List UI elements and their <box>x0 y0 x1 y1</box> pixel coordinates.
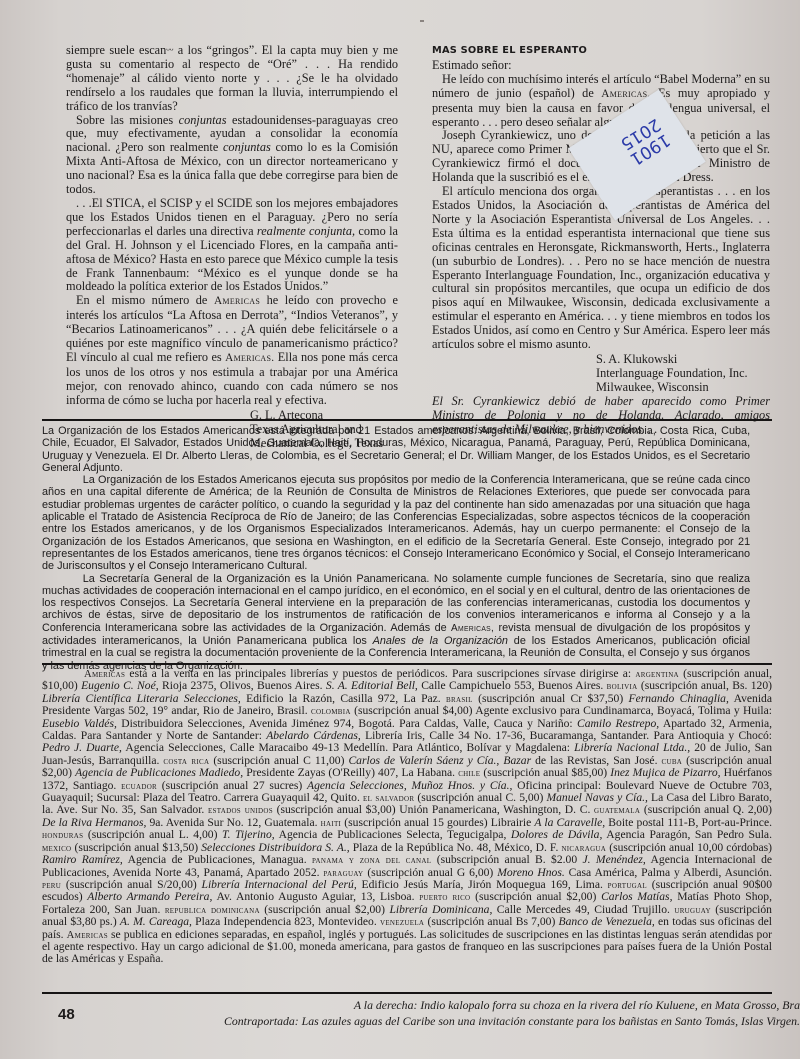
small-caps-text: bolivia <box>607 680 638 692</box>
paragraph: La Secretaría General de la Organización… <box>42 573 750 672</box>
paragraph: El artículo menciona dos organizaciones … <box>432 185 770 352</box>
text-run: (suscripción anual $4,00) Agente exclusi… <box>351 704 772 717</box>
italic-text: Eusebio Valdés, <box>42 717 117 730</box>
small-caps-text: estados unidos <box>208 804 273 816</box>
italic-text: S. A. Editorial Bell, <box>326 679 418 692</box>
caption-right-photo: A la derecha: Indio kalopalo forra su ch… <box>100 997 800 1013</box>
text-run: Plaza Independencia 823, Montevideo. <box>192 915 380 928</box>
small-caps-text: paraguay <box>323 867 363 879</box>
italic-text: Librería Internacional del Perú, <box>202 878 357 891</box>
italic-text: Carlos de Valerín Sáenz y Cía., <box>348 754 499 767</box>
text-run: (suscripción anual Q. 2,00) <box>640 803 772 816</box>
agents-paragraph: Americas está a la venta en las principa… <box>42 668 772 966</box>
paragraph: En el mismo número de Americas he leído … <box>66 294 398 407</box>
text-run: 9a. Avenida Sur No. 12, Guatemala. <box>146 816 320 829</box>
oas-info-box: La Organización de los Estados Americano… <box>42 425 750 672</box>
italic-text: Eugenio C. Noé, <box>81 679 159 692</box>
paragraph: Sobre las misiones conjuntas estadounide… <box>66 114 398 197</box>
divider-rule <box>42 419 772 421</box>
italic-text: realmente conjunta, <box>257 224 355 238</box>
italic-text: De la Riva Hermanos, <box>42 816 146 829</box>
paragraph: siempre suele escanᵕᵕ a los “gringos”. E… <box>66 44 398 114</box>
italic-text: Selecciones Distribuidora S. A., <box>201 841 349 854</box>
signature-location: Milwaukee, Wisconsin <box>596 380 770 394</box>
small-caps-text: ecuador <box>121 780 157 792</box>
italic-text: Camilo Restrepo, <box>577 717 659 730</box>
text-run: (suscripción anual C. 5,00) <box>414 791 546 804</box>
print-mark <box>420 20 424 22</box>
small-caps-text: Americas <box>84 668 125 680</box>
text-run: está a la venta en las principales libre… <box>125 667 635 680</box>
italic-text: T. Tijerino, <box>222 828 275 841</box>
italic-text: Librería Dominicana, <box>389 903 492 916</box>
small-caps-text: haiti <box>321 817 342 829</box>
small-caps-text: chile <box>458 767 480 779</box>
small-caps-text: panama y zona del canal <box>312 854 431 866</box>
text-run: de las Revistas, San José. <box>531 754 661 767</box>
letter-artecona: siempre suele escanᵕᵕ a los “gringos”. E… <box>66 44 398 450</box>
text-run: En el mismo número de <box>76 293 214 307</box>
italic-text: Pedro J. Duarte, <box>42 741 122 754</box>
italic-text: Moreno Hnos. <box>497 866 565 879</box>
photo-captions: A la derecha: Indio kalopalo forra su ch… <box>100 997 800 1029</box>
italic-text: Abelardo Cárdenas, <box>266 729 361 742</box>
text-run: Agencia Selecciones, Calle Maracaibo 49-… <box>122 741 574 754</box>
paragraph: He leído con muchísimo interés el artícu… <box>432 73 770 130</box>
small-caps-text: Americas, <box>451 623 494 634</box>
letter-body: siempre suele escanᵕᵕ a los “gringos”. E… <box>66 44 398 408</box>
small-caps-text: honduras <box>42 829 83 841</box>
text-run: (suscripción anual 15 gourdes) Librairie <box>341 816 534 829</box>
text-run: Rioja 2375, Olivos, Buenos Aires. <box>159 679 326 692</box>
text-run: Casa América, Palma y Alberdi, Asunción. <box>565 866 772 879</box>
italic-text: Agencia de Publicaciones Madiedo, <box>75 766 243 779</box>
text-run: El artículo menciona dos organizaciones … <box>432 184 770 351</box>
italic-text: A. M. Careaga, <box>120 915 192 928</box>
text-run: (suscripción anual 27 sucres) <box>157 779 307 792</box>
small-caps-text: Americas. <box>225 352 274 364</box>
small-caps-text: brasil <box>446 693 473 705</box>
small-caps-text: mexico <box>42 842 71 854</box>
text-run: siempre suele escan <box>66 43 166 57</box>
text-run: (suscripción anual C 11,00) <box>209 754 348 767</box>
text-run: se publica en ediciones separadas, en es… <box>42 928 772 966</box>
text-run: (suscripción anual $3,00) Unión Panameri… <box>273 803 594 816</box>
small-caps-text: puerto rico <box>419 891 470 903</box>
divider-rule <box>42 992 772 994</box>
small-caps-text: cuba <box>662 755 683 767</box>
divider-rule <box>42 663 772 665</box>
salutation: Estimado señor: <box>432 59 770 73</box>
small-caps-text: colombia <box>311 705 351 717</box>
italic-text: Librería Científica Literaria Seleccione… <box>42 692 241 705</box>
text-run: Av. Antonio Augusto Aguiar, 13, Lisboa. <box>212 890 419 903</box>
text-run: Agencia de Publicaciones, Managua. <box>123 853 312 866</box>
signature-name: S. A. Klukowski <box>596 352 770 366</box>
text-run: Plaza de la República No. 48, México, D.… <box>350 841 562 854</box>
small-caps-text: uruguay <box>674 904 710 916</box>
italic-text: conjuntas <box>223 140 271 154</box>
text-run: (suscripción anual $13,50) <box>71 841 201 854</box>
small-caps-text: republica dominicana <box>165 904 260 916</box>
text-run: Edificio Jesús María, Jirón Moquegua 169… <box>357 878 608 891</box>
italic-text: Agencia Selecciones, Muñoz Hnos. y Cía., <box>307 779 512 792</box>
italic-text: Bazar <box>503 754 531 767</box>
small-caps-text: portugal <box>608 879 647 891</box>
caption-back-cover: Contraportada: Las azules aguas del Cari… <box>100 1013 800 1029</box>
text-run: (suscripción anual $85,00) <box>480 766 610 779</box>
text-run: Sobre las misiones <box>76 113 179 127</box>
text-run: (suscripción anual Cr $37,50) <box>473 692 629 705</box>
italic-text: Ramiro Ramírez, <box>42 853 123 866</box>
small-caps-text: costa rica <box>163 755 209 767</box>
subscription-agents: Americas está a la venta en las principa… <box>42 668 772 966</box>
text-run: (suscripción anual, Bs. 120) <box>638 679 772 692</box>
text-run: (suscripción anual L. 4,00) <box>83 828 222 841</box>
signature-affiliation: Interlanguage Foundation, Inc. <box>596 366 770 380</box>
text-run: Edificio la Razón, Casilla 972, La Paz. <box>241 692 446 705</box>
paragraph: . . .El STICA, el SCISP y el SCIDE son l… <box>66 197 398 294</box>
paragraph: La Organización de los Estados Americano… <box>42 474 750 572</box>
page-number: 48 <box>58 1006 75 1023</box>
small-caps-text: Americas <box>67 929 108 941</box>
small-caps-text: el salvador <box>363 792 414 804</box>
small-caps-text: Americas <box>214 295 260 307</box>
paragraph: La Organización de los Estados Americano… <box>42 425 750 474</box>
small-caps-text: argentina <box>635 668 679 680</box>
letter-body: He leído con muchísimo interés el artícu… <box>432 73 770 352</box>
signature-block: S. A. Klukowski Interlanguage Foundation… <box>596 352 770 394</box>
text-run: Presidente Zayas (O'Reilly) 407, La Haba… <box>243 766 458 779</box>
text-run: (suscripción anual S/20,00) <box>61 878 201 891</box>
text-run: (subscripción anual B. $2.00 <box>431 853 582 866</box>
text-run: (suscripción anual Bs 7,00) <box>424 915 558 928</box>
italic-text: A la Caravelle, <box>534 816 605 829</box>
text-run: (suscripción anual $2,00) <box>470 890 601 903</box>
letter-klukowski: MAS SOBRE EL ESPERANTO Estimado señor: H… <box>432 44 770 437</box>
italic-text: Anales de la Organización <box>373 635 508 647</box>
italic-text: Dolores de Dávila, <box>511 828 602 841</box>
text-run: Calle Campichuelo 553, Buenos Aires. <box>418 679 607 692</box>
italic-text: conjuntas <box>179 113 227 127</box>
small-caps-text: venezuela <box>380 916 424 928</box>
small-caps-text: Americas. <box>601 88 650 100</box>
italic-text: J. Menéndez, <box>583 853 646 866</box>
letter-heading: MAS SOBRE EL ESPERANTO <box>432 44 770 58</box>
small-caps-text: peru <box>42 879 61 891</box>
italic-text: Fernando Chinaglia, <box>629 692 729 705</box>
text-run: Distribuidora Selecciones, Avenida Jimén… <box>117 717 577 730</box>
italic-text: Alberto Armando Pereira, <box>87 890 212 903</box>
text-run: Agencia de Publicaciones Selecta, Teguci… <box>275 828 511 841</box>
text-run: (suscripción anual $2,00) <box>260 903 390 916</box>
magazine-page: siempre suele escanᵕᵕ a los “gringos”. E… <box>0 0 800 1059</box>
italic-text: Banco de Venezuela, <box>559 915 655 928</box>
text-run: (suscripción anual G 6,00) <box>363 866 497 879</box>
text-run: Librería Iris, Calle 34 No. 17-36, Bucar… <box>361 729 772 742</box>
italic-text: Manuel Navas y Cía., <box>546 791 647 804</box>
italic-text: Carlos Matías, <box>601 890 672 903</box>
small-caps-text: guatemala <box>594 804 640 816</box>
text-run: Calle Mercedes 49, Ciudad Trujillo. <box>492 903 674 916</box>
italic-text: Librería Nacional Ltda., <box>574 741 690 754</box>
italic-text: Inez Mujica de Pizarro, <box>610 766 720 779</box>
small-caps-text: nicaragua <box>561 842 606 854</box>
text-run: Agencia Paragón, San Pedro Sula. <box>602 828 772 841</box>
text-run: (suscripción anual 10,00 córdobas) <box>606 841 772 854</box>
text-run: Boite postal 111-B, Port-au-Prince. <box>605 816 772 829</box>
